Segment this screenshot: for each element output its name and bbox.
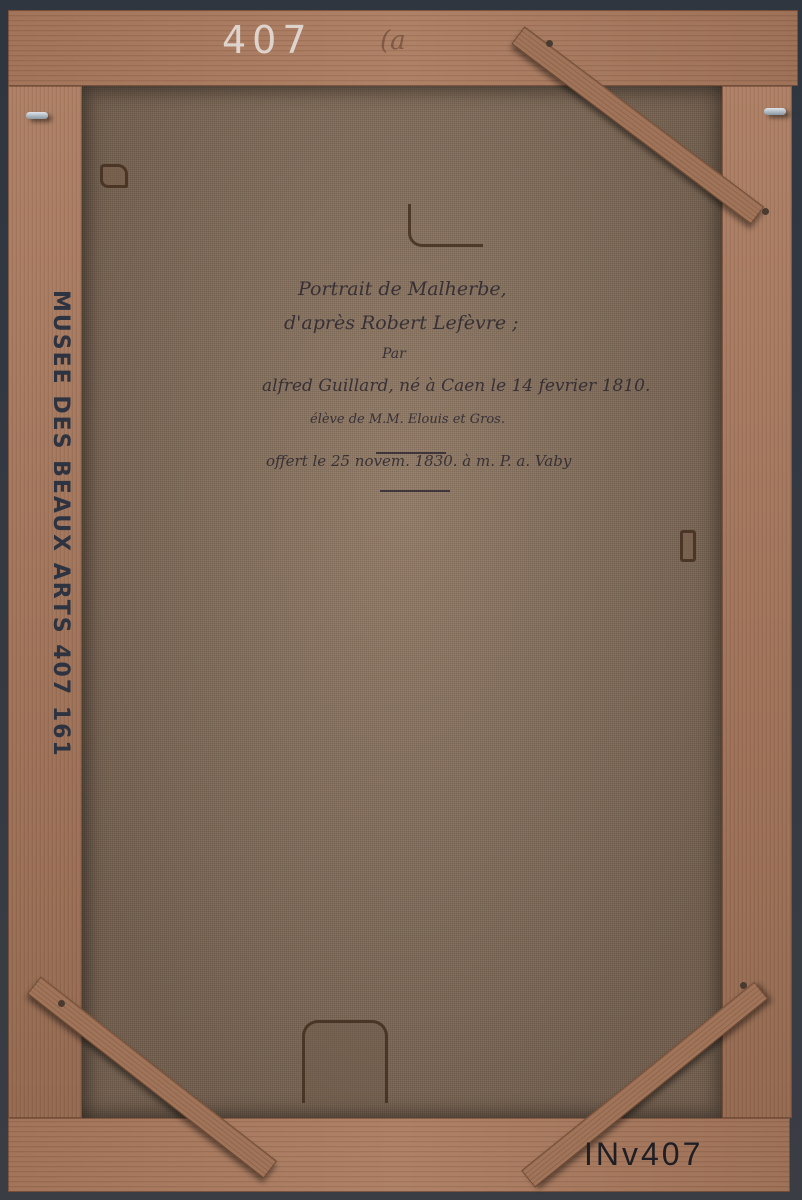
canvas-tear-upper-center [408,204,483,247]
inscription-line: Portrait de Malherbe, [298,278,507,300]
inventory-number: INv407 [584,1136,703,1173]
nail [546,40,553,47]
nail [762,208,769,215]
hanging-hook-right [764,108,786,115]
hanging-hook-left [26,112,48,119]
canvas-tear-bottom [302,1020,388,1103]
canvas-tear-right [680,530,696,562]
canvas-tear-upper-left [100,164,128,188]
chalk-number-top: 407 [222,18,313,62]
canvas-back [82,86,722,1118]
painting-back-photo: 407 (a MUSEE DES BEAUX ARTS 407 161 INv4… [0,0,802,1200]
nail [740,982,747,989]
inscription-line: Par [382,346,406,362]
inscription-line: alfred Guillard, né à Caen le 14 fevrier… [262,376,650,396]
inscription-line: offert le 25 novem. 1830. à m. P. a. Vab… [266,452,571,470]
nail [58,1000,65,1007]
underline-rule [380,490,450,492]
inscription-line: élève de M.M. Elouis et Gros. [310,412,505,427]
faint-mark-top: (a [380,26,406,56]
stretcher-right-bar [722,86,792,1118]
underline-rule [376,452,446,454]
museum-stencil: MUSEE DES BEAUX ARTS 407 161 [48,290,73,758]
inscription-line: d'après Robert Lefèvre ; [284,312,519,334]
